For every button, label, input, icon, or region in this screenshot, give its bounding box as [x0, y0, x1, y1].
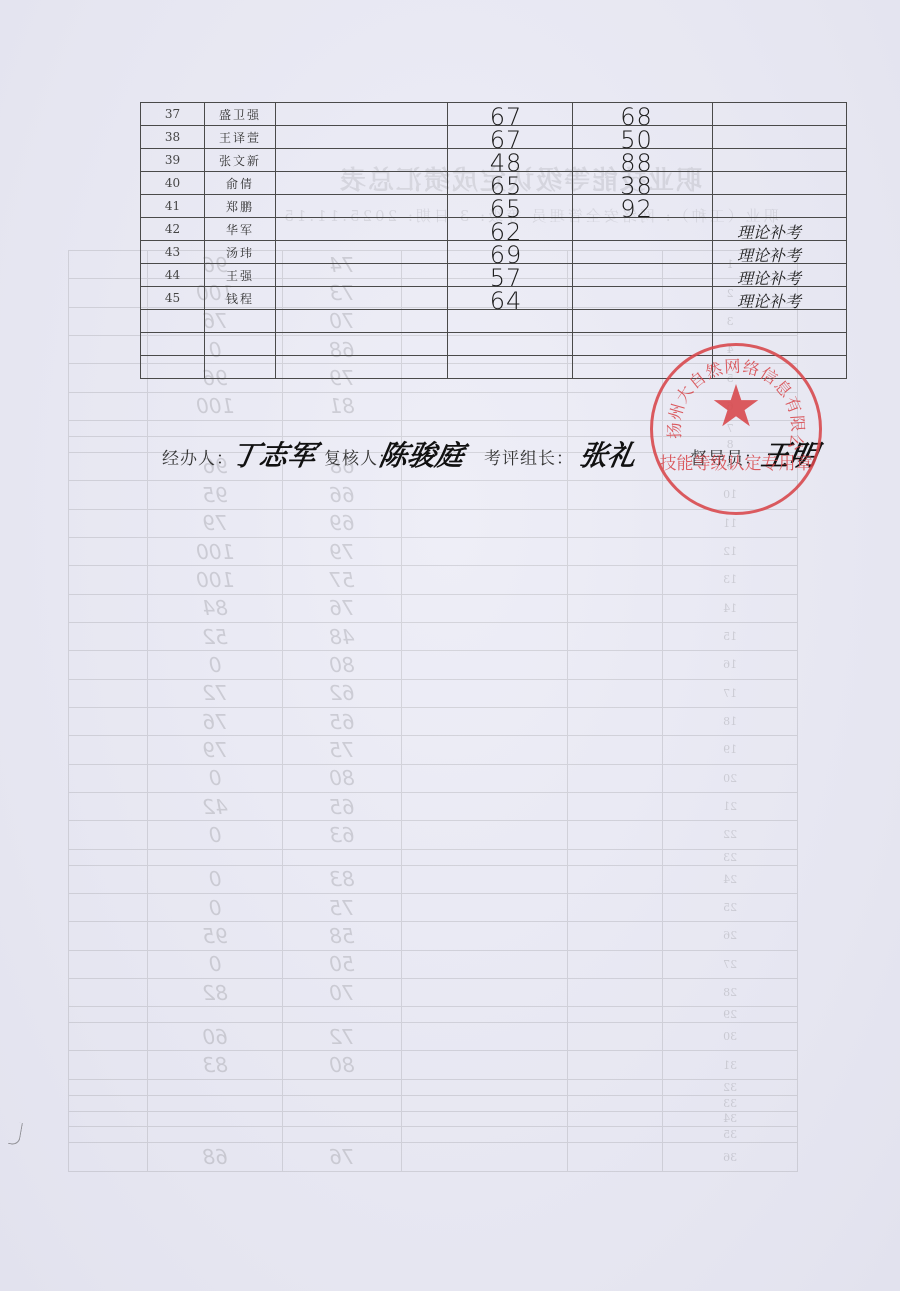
- score-1: 65: [490, 199, 523, 219]
- score-2: 92: [620, 199, 653, 219]
- blank-cell-cell: [276, 103, 448, 126]
- score-1-cell: 48: [448, 149, 573, 172]
- row-number: 45: [165, 291, 180, 305]
- blank-cell-cell: [276, 218, 448, 241]
- row-number-cell: 39: [141, 149, 205, 172]
- score-1: 69: [490, 245, 523, 265]
- candidate-name-cell: 王强: [205, 264, 276, 287]
- leader-signature: 张礼: [576, 434, 639, 474]
- row-number-cell: 42: [141, 218, 205, 241]
- row-number-cell: 41: [141, 195, 205, 218]
- score-1-cell: 62: [448, 218, 573, 241]
- candidate-name: 华军: [226, 223, 254, 237]
- candidate-name: 钱程: [226, 292, 254, 306]
- blank-cell-cell: [276, 149, 448, 172]
- remark-cell: 理论补考: [713, 287, 847, 310]
- row-number: 42: [165, 222, 180, 236]
- table-row: 37盛卫强6768: [141, 103, 847, 126]
- remark-cell: 理论补考: [713, 264, 847, 287]
- remark-cell: [713, 333, 847, 356]
- remark-cell: [713, 149, 847, 172]
- table-row: 43汤玮69理论补考: [141, 241, 847, 264]
- row-number: 40: [165, 176, 180, 190]
- table-row: 40俞倩6538: [141, 172, 847, 195]
- candidate-name: 俞倩: [226, 177, 254, 191]
- score-2-cell: [573, 333, 713, 356]
- row-number: 38: [165, 130, 180, 144]
- leader-label: 考评组长：: [484, 444, 574, 469]
- candidate-name: 王译萱: [219, 131, 261, 145]
- score-table: 37盛卫强676838王译萱675039张文新488840俞倩653841郑鹏6…: [140, 102, 847, 379]
- row-number-cell: 45: [141, 287, 205, 310]
- signature-line: 经办人： 丁志军 复核人： 陈骏庭 考评组长： 张礼 督导员： 王明: [162, 440, 842, 480]
- score-1-cell: 69: [448, 241, 573, 264]
- blank-cell-cell: [276, 356, 448, 379]
- score-1: 57: [490, 268, 523, 288]
- score-1-cell: 67: [448, 103, 573, 126]
- handler-label: 经办人：: [162, 444, 234, 469]
- score-2-cell: [573, 241, 713, 264]
- candidate-name-cell: 郑鹏: [205, 195, 276, 218]
- score-1: 65: [490, 176, 523, 196]
- blank-cell-cell: [276, 264, 448, 287]
- score-2-cell: [573, 287, 713, 310]
- table-row: [141, 310, 847, 333]
- score-1-cell: 65: [448, 195, 573, 218]
- score-1: 64: [490, 291, 523, 311]
- candidate-name-cell: 俞倩: [205, 172, 276, 195]
- remark-cell: 理论补考: [713, 218, 847, 241]
- blank-cell-cell: [276, 195, 448, 218]
- candidate-name-cell: 华军: [205, 218, 276, 241]
- row-number: 41: [165, 199, 180, 213]
- score-1-cell: 57: [448, 264, 573, 287]
- score-2-cell: [573, 264, 713, 287]
- score-1-cell: [448, 333, 573, 356]
- row-number: 43: [165, 245, 180, 259]
- row-number: 39: [165, 153, 180, 167]
- score-2-cell: [573, 356, 713, 379]
- score-2: 88: [620, 153, 653, 173]
- candidate-name: 郑鹏: [226, 200, 254, 214]
- row-number-cell: [141, 333, 205, 356]
- candidate-name-cell: 盛卫强: [205, 103, 276, 126]
- blank-cell-cell: [276, 172, 448, 195]
- row-number-cell: 37: [141, 103, 205, 126]
- row-number-cell: [141, 310, 205, 333]
- candidate-name-cell: 张文新: [205, 149, 276, 172]
- candidate-name-cell: [205, 333, 276, 356]
- remark-cell: [713, 172, 847, 195]
- supervisor-signature: 王明: [758, 434, 821, 474]
- row-number-cell: 43: [141, 241, 205, 264]
- remark-cell: [713, 356, 847, 379]
- remark-cell: [713, 103, 847, 126]
- remark-cell: [713, 310, 847, 333]
- score-1-cell: [448, 310, 573, 333]
- score-1-cell: 65: [448, 172, 573, 195]
- candidate-name: 盛卫强: [219, 108, 261, 122]
- candidate-name-cell: 钱程: [205, 287, 276, 310]
- score-2: 68: [620, 107, 653, 127]
- blank-cell-cell: [276, 287, 448, 310]
- row-number-cell: [141, 356, 205, 379]
- table-row: 41郑鹏6592: [141, 195, 847, 218]
- table-row: 38王译萱6750: [141, 126, 847, 149]
- score-2-cell: [573, 310, 713, 333]
- blank-cell-cell: [276, 333, 448, 356]
- score-2-cell: 68: [573, 103, 713, 126]
- row-number-cell: 38: [141, 126, 205, 149]
- handler-signature: 丁志军: [228, 434, 319, 474]
- supervisor-label: 督导员：: [690, 444, 762, 469]
- table-row: [141, 333, 847, 356]
- table-row: [141, 356, 847, 379]
- blank-cell-cell: [276, 241, 448, 264]
- remark-cell: [713, 126, 847, 149]
- candidate-name: 汤玮: [226, 246, 254, 260]
- blank-cell-cell: [276, 310, 448, 333]
- score-1-cell: [448, 356, 573, 379]
- score-2-cell: [573, 218, 713, 241]
- reviewer-signature: 陈骏庭: [376, 434, 467, 474]
- remark-cell: 理论补考: [713, 241, 847, 264]
- score-1-cell: 67: [448, 126, 573, 149]
- row-number: 37: [165, 107, 180, 121]
- score-2-cell: 50: [573, 126, 713, 149]
- row-number: 44: [165, 268, 180, 282]
- candidate-name: 王强: [226, 269, 254, 283]
- table-row: 42华军62理论补考: [141, 218, 847, 241]
- score-1: 48: [490, 153, 523, 173]
- row-number-cell: 44: [141, 264, 205, 287]
- score-2: 38: [620, 176, 653, 196]
- score-1: 62: [490, 222, 523, 242]
- candidate-name: 张文新: [219, 154, 261, 168]
- table-row: 39张文新4888: [141, 149, 847, 172]
- score-2-cell: 38: [573, 172, 713, 195]
- score-2-cell: 92: [573, 195, 713, 218]
- blank-cell-cell: [276, 126, 448, 149]
- candidate-name-cell: [205, 356, 276, 379]
- score-2-cell: 88: [573, 149, 713, 172]
- table-row: 45钱程64理论补考: [141, 287, 847, 310]
- candidate-name-cell: 王译萱: [205, 126, 276, 149]
- table-row: 44王强57理论补考: [141, 264, 847, 287]
- score-1: 67: [490, 107, 523, 127]
- candidate-name-cell: 汤玮: [205, 241, 276, 264]
- score-1-cell: 64: [448, 287, 573, 310]
- score-1: 67: [490, 130, 523, 150]
- remark-cell: [713, 195, 847, 218]
- score-2: 50: [620, 130, 653, 150]
- candidate-name-cell: [205, 310, 276, 333]
- row-number-cell: 40: [141, 172, 205, 195]
